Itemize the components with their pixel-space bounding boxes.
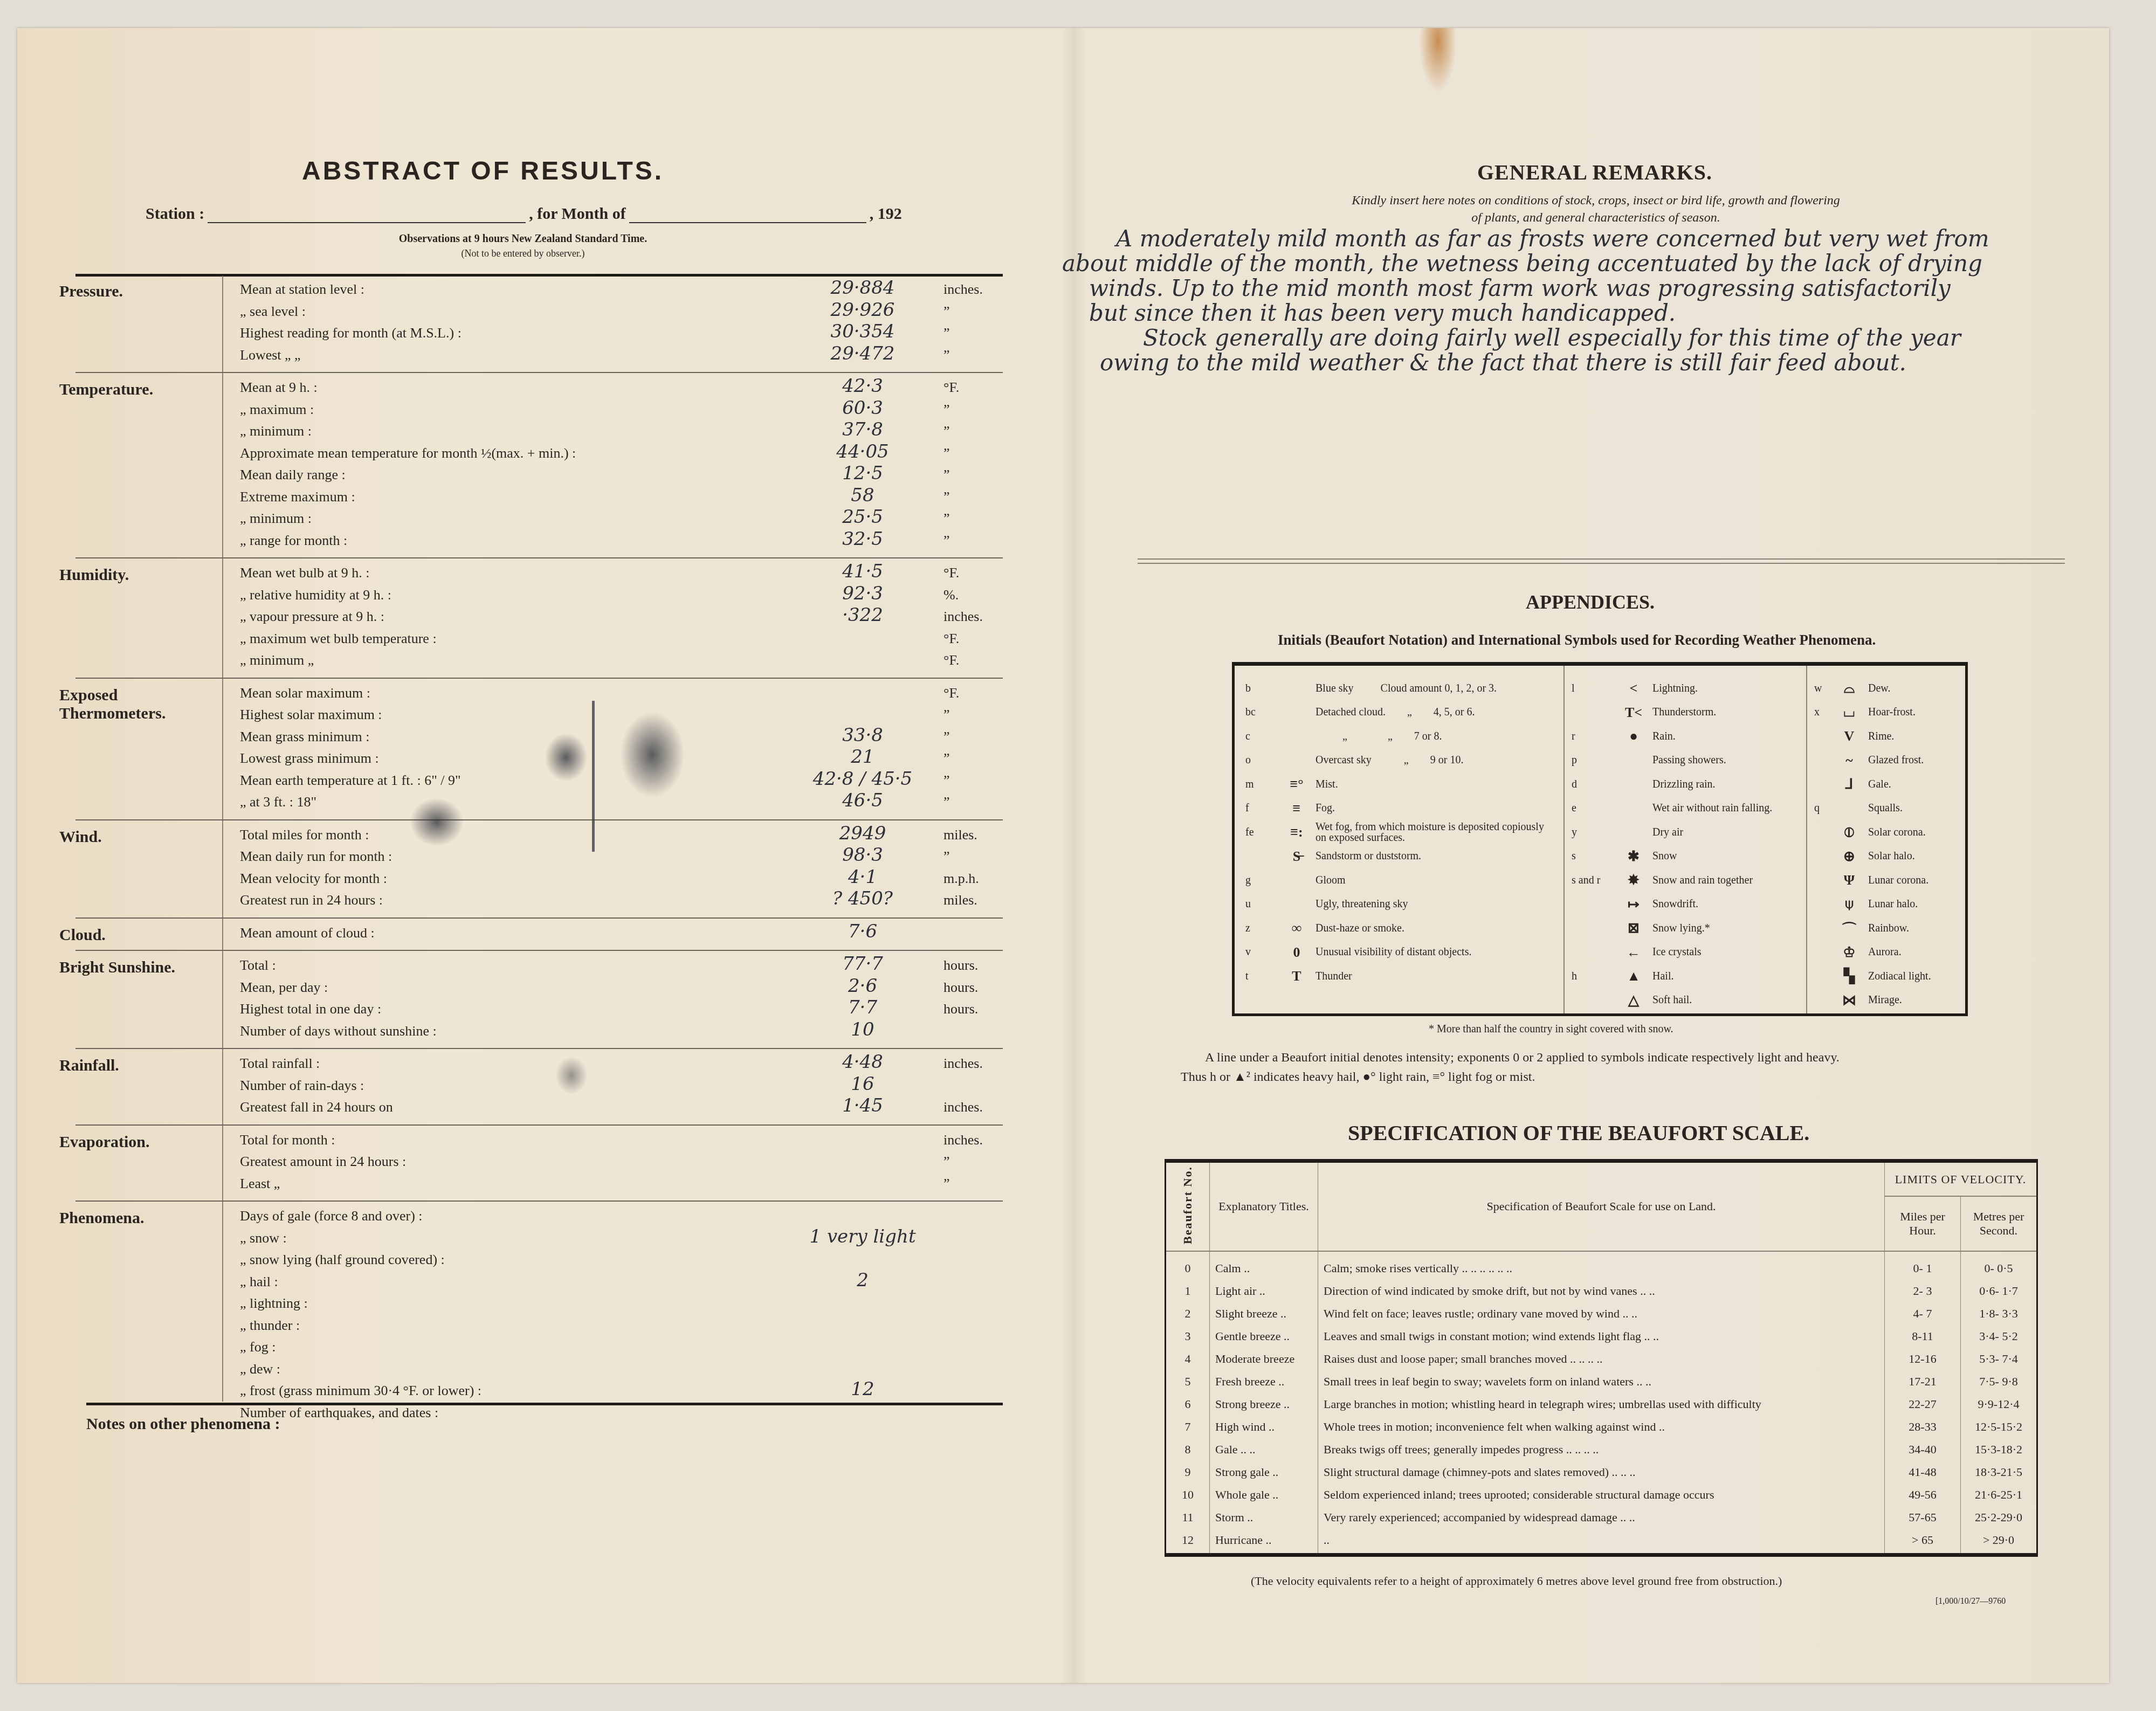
weather-symbol-icon: ≡° (1278, 776, 1315, 792)
symbol-description: Lightning. (1652, 682, 1698, 695)
weather-symbol-icon: T< (1615, 705, 1652, 721)
symbol-description: Lunar halo. (1868, 898, 1918, 910)
beaufort-initial: x (1814, 706, 1830, 719)
beaufort-cell-mph: 28-33 (1885, 1417, 1961, 1440)
beaufort-cell-title: Calm .. (1210, 1251, 1318, 1281)
beaufort-initial: w (1814, 682, 1830, 695)
section-divider (75, 372, 1003, 373)
beaufort-initial: p (1572, 754, 1615, 767)
beaufort-cell-number: 0 (1166, 1251, 1210, 1281)
row-label: „ fog : (240, 1339, 275, 1355)
row-value[interactable]: 92·3 (787, 583, 938, 604)
section-divider (75, 819, 1003, 820)
row-label: „ lightning : (240, 1295, 308, 1312)
symbol-row: ⋈Mirage. (1814, 989, 1960, 1013)
beaufort-cell-mps: 15·3-18·2 (1961, 1440, 2037, 1462)
beaufort-cell-mps: 25·2-29·0 (1961, 1508, 2037, 1530)
symbol-row: z∞Dust-haze or smoke. (1245, 916, 1558, 941)
beaufort-row: 1Light air ..Direction of wind indicated… (1166, 1281, 2037, 1304)
row-label: Mean amount of cloud : (240, 925, 375, 941)
beaufort-cell-number: 6 (1166, 1395, 1210, 1417)
row-value[interactable]: 29·926 (787, 299, 938, 321)
row-value[interactable]: 41·5 (787, 561, 938, 582)
symbol-description: Dust-haze or smoke. (1315, 922, 1404, 935)
row-unit: ” (943, 303, 950, 320)
section-column-divider (222, 276, 223, 1402)
row-label: „ minimum „ (240, 652, 314, 668)
symbol-description: Passing showers. (1652, 754, 1726, 767)
symbol-row: S̶Sandstorm or duststorm. (1245, 845, 1558, 869)
row-label: „ thunder : (240, 1317, 300, 1334)
row-value[interactable]: 4·1 (787, 866, 938, 888)
row-value[interactable]: 12·5 (787, 463, 938, 484)
row-label: Lowest „ „ (240, 347, 301, 363)
symbol-row: ΨLunar corona. (1814, 868, 1960, 893)
row-value[interactable]: 46·5 (787, 790, 938, 811)
symbol-row: oOvercast sky „ 9 or 10. (1245, 749, 1558, 773)
general-remarks-title: GENERAL REMARKS. (1477, 160, 1712, 185)
header-spec: Specification of Beaufort Scale for use … (1318, 1161, 1885, 1251)
row-value[interactable]: 1·45 (787, 1095, 938, 1116)
row-unit: ” (943, 772, 950, 789)
remark-line: winds. Up to the mid month most farm wor… (1057, 276, 2092, 301)
beaufort-cell-spec: Calm; smoke rises vertically .. .. .. ..… (1318, 1251, 1885, 1281)
symbol-description: Wet fog, from which moisture is deposite… (1315, 822, 1553, 843)
row-value[interactable]: 37·8 (787, 419, 938, 440)
beaufort-initial: e (1572, 802, 1615, 815)
symbol-description: Gale. (1868, 778, 1891, 791)
section-label: Exposed Thermometers. (59, 686, 210, 723)
symbol-row: m≡°Mist. (1245, 772, 1558, 797)
symbol-row: ⍦Lunar halo. (1814, 893, 1960, 917)
weather-symbol-icon: ~ (1830, 753, 1868, 769)
symbol-description: Snow and rain together (1652, 874, 1753, 887)
beaufort-cell-number: 8 (1166, 1440, 1210, 1462)
beaufort-cell-spec: Whole trees in motion; inconvenience fel… (1318, 1417, 1885, 1440)
section-divider (75, 1048, 1003, 1049)
row-unit: °F. (943, 685, 959, 701)
row-value[interactable]: 25·5 (787, 506, 938, 528)
beaufort-cell-mph: 0- 1 (1885, 1251, 1961, 1281)
row-value[interactable]: 30·354 (787, 321, 938, 342)
symbol-description: Ice crystals (1652, 946, 1702, 958)
row-label: Greatest run in 24 hours : (240, 892, 383, 908)
beaufort-initial: z (1245, 922, 1278, 935)
row-unit: ” (943, 467, 950, 483)
beaufort-cell-number: 9 (1166, 1462, 1210, 1485)
section-label: Temperature. (59, 381, 210, 399)
symbol-description: Solar halo. (1868, 850, 1915, 863)
weather-symbol-icon: ⋈ (1830, 992, 1868, 1009)
beaufort-cell-number: 2 (1166, 1304, 1210, 1327)
row-value[interactable]: 2·6 (787, 975, 938, 997)
intensity-note: A line under a Beaufort initial denotes … (1181, 1048, 2043, 1087)
row-label: „ sea level : (240, 303, 306, 320)
beaufort-cell-title: Moderate breeze (1210, 1349, 1318, 1372)
month-field[interactable] (629, 207, 866, 223)
row-unit: inches. (943, 1055, 983, 1072)
beaufort-cell-spec: Leaves and small twigs in constant motio… (1318, 1327, 1885, 1349)
row-label: Greatest fall in 24 hours on (240, 1099, 393, 1115)
row-value[interactable]: 29·884 (787, 277, 938, 299)
symbol-description: Squalls. (1868, 802, 1903, 815)
remark-line: about middle of the month, the wetness b… (1057, 251, 2092, 276)
symbol-row: pPassing showers. (1572, 749, 1803, 773)
weather-symbol-icon: ● (1615, 728, 1652, 744)
row-value[interactable]: 29·472 (787, 343, 938, 364)
observations-note: Observations at 9 hours New Zealand Stan… (0, 233, 1046, 245)
weather-symbol-icon: S̶ (1278, 848, 1315, 865)
row-unit: miles. (943, 892, 977, 908)
beaufort-initial: g (1245, 874, 1278, 887)
beaufort-row: 3Gentle breeze ..Leaves and small twigs … (1166, 1327, 2037, 1349)
beaufort-cell-number: 3 (1166, 1327, 1210, 1349)
beaufort-initial: r (1572, 730, 1615, 743)
row-label: Mean solar maximum : (240, 685, 370, 701)
beaufort-initial: u (1245, 898, 1278, 910)
row-unit: ” (943, 445, 950, 461)
beaufort-cell-number: 10 (1166, 1485, 1210, 1508)
symbol-description: Mirage. (1868, 994, 1902, 1006)
symbol-row: ⌒Rainbow. (1814, 916, 1960, 941)
beaufort-row: 2Slight breeze ..Wind felt on face; leav… (1166, 1304, 2037, 1327)
beaufort-cell-mph: 57-65 (1885, 1508, 1961, 1530)
symbol-description: Hoar-frost. (1868, 706, 1916, 719)
section-divider (75, 1124, 1003, 1126)
intensity-note-line-1: A line under a Beaufort initial denotes … (1181, 1048, 2043, 1067)
symbol-description: Thunder (1315, 970, 1352, 983)
row-unit: °F. (943, 652, 959, 668)
section-label: Humidity. (59, 566, 210, 584)
row-unit: °F. (943, 565, 959, 581)
weather-symbol-icon: ⦶ (1830, 824, 1868, 841)
weather-symbol-icon: ⊕ (1830, 848, 1868, 865)
weather-symbol-icon: △ (1615, 992, 1652, 1009)
beaufort-cell-spec: Raises dust and loose paper; small branc… (1318, 1349, 1885, 1372)
remark-line: A moderately mild month as far as frosts… (1057, 226, 2092, 251)
row-value[interactable]: 4·48 (787, 1051, 938, 1073)
section-divider (75, 557, 1003, 558)
row-label: Total : (240, 957, 276, 974)
row-value[interactable]: 98·3 (787, 844, 938, 866)
beaufort-cell-mps: 0- 0·5 (1961, 1251, 2037, 1281)
beaufort-cell-mps: 3·4- 5·2 (1961, 1327, 2037, 1349)
beaufort-cell-number: 4 (1166, 1349, 1210, 1372)
symbol-description: Dew. (1868, 682, 1890, 695)
beaufort-cell-mps: 1·8- 3·3 (1961, 1304, 2037, 1327)
symbol-description: Fog. (1315, 802, 1335, 815)
beaufort-cell-number: 1 (1166, 1281, 1210, 1304)
beaufort-cell-number: 5 (1166, 1372, 1210, 1395)
section-divider (75, 678, 1003, 679)
beaufort-cell-spec: Wind felt on face; leaves rustle; ordina… (1318, 1304, 1885, 1327)
beaufort-cell-mph: 41-48 (1885, 1462, 1961, 1485)
symbol-description: Mist. (1315, 778, 1338, 791)
row-label: Mean at 9 h. : (240, 380, 318, 396)
symbol-description: Hail. (1652, 970, 1673, 983)
instructions-line-1: Kindly insert here notes on conditions o… (1251, 192, 1941, 209)
appendices-title: APPENDICES. (1526, 591, 1655, 613)
beaufort-initial: y (1572, 826, 1615, 839)
symbol-description: Rain. (1652, 730, 1676, 743)
row-value[interactable]: ·322 (787, 604, 938, 626)
symbol-description: Soft hail. (1652, 994, 1692, 1006)
row-value[interactable]: 32·5 (787, 528, 938, 550)
beaufort-row: 7High wind ..Whole trees in motion; inco… (1166, 1417, 2037, 1440)
beaufort-cell-mph: 17-21 (1885, 1372, 1961, 1395)
row-value[interactable]: ? 450? (787, 888, 938, 909)
beaufort-cell-spec: Breaks twigs off trees; generally impede… (1318, 1440, 1885, 1462)
row-label: Mean daily range : (240, 467, 346, 483)
beaufort-row: 11Storm ..Very rarely experienced; accom… (1166, 1508, 2037, 1530)
symbol-description: Lunar corona. (1868, 874, 1928, 887)
weather-symbol-icon: ⅃ (1830, 776, 1868, 792)
row-unit: ” (943, 1176, 950, 1192)
row-value[interactable]: 12 (787, 1378, 938, 1400)
weather-symbol-icon: < (1615, 680, 1652, 696)
beaufort-initial: fe (1245, 826, 1278, 839)
beaufort-row: 4Moderate breezeRaises dust and loose pa… (1166, 1349, 2037, 1372)
beaufort-initial: l (1572, 682, 1615, 695)
symbol-row: △Soft hail. (1572, 989, 1803, 1013)
weather-symbol-icon: ∞ (1278, 920, 1315, 936)
table-bottom-rule (86, 1403, 1003, 1405)
beaufort-cell-mph: 2- 3 (1885, 1281, 1961, 1304)
year-prefix: , 192 (870, 205, 902, 223)
beaufort-cell-spec: Small trees in leaf begin to sway; wavel… (1318, 1372, 1885, 1395)
weather-symbol-icon: ↦ (1615, 896, 1652, 913)
row-label: Mean velocity for month : (240, 871, 387, 887)
handwritten-remarks[interactable]: A moderately mild month as far as frosts… (1057, 226, 2092, 375)
beaufort-initial: q (1814, 802, 1830, 815)
station-field[interactable] (208, 207, 526, 223)
general-remarks-instructions: Kindly insert here notes on conditions o… (1251, 192, 1941, 226)
symbol-description: Rainbow. (1868, 922, 1909, 935)
beaufort-initial: t (1245, 970, 1278, 983)
symbol-row: ⅃Gale. (1814, 772, 1960, 797)
row-label: „ range for month : (240, 533, 347, 549)
row-label: Total miles for month : (240, 827, 369, 843)
symbols-column-3: w⌓Dew.x⌴Hoar-frost.VRime.~Glazed frost.⅃… (1814, 677, 1960, 1012)
row-label: Least „ (240, 1176, 280, 1192)
weather-symbol-icon: ⊠ (1615, 920, 1652, 936)
row-label: Total rainfall : (240, 1055, 320, 1072)
station-line: Station : , for Month of , 192 (146, 205, 943, 223)
beaufort-cell-spec: Slight structural damage (chimney-pots a… (1318, 1462, 1885, 1485)
symbol-row: qSqualls. (1814, 797, 1960, 821)
observations-subnote: (Not to be entered by observer.) (0, 248, 1046, 259)
weather-symbol-icon: ≡: (1278, 824, 1315, 840)
beaufort-cell-spec: Large branches in motion; whistling hear… (1318, 1395, 1885, 1417)
table-top-rule (75, 274, 1003, 277)
symbol-description: Dry air (1652, 826, 1683, 839)
row-label: Mean daily run for month : (240, 848, 392, 865)
row-value[interactable]: 44·05 (787, 441, 938, 463)
beaufort-initial: bc (1245, 706, 1278, 719)
symbol-row: v0Unusual visibility of distant objects. (1245, 941, 1558, 965)
symbol-row: gGloom (1245, 868, 1558, 893)
weather-symbol-icon: ← (1615, 944, 1652, 961)
symbol-row: ▚Zodiacal light. (1814, 964, 1960, 989)
row-unit: °F. (943, 631, 959, 647)
row-value[interactable]: 16 (787, 1073, 938, 1095)
symbol-row: yDry air (1572, 820, 1803, 845)
beaufort-cell-number: 12 (1166, 1530, 1210, 1555)
row-value[interactable]: 2 (787, 1270, 938, 1291)
beaufort-row: 12Hurricane ....> 65> 29·0 (1166, 1530, 2037, 1555)
ink-blot (410, 798, 464, 846)
row-value[interactable]: 58 (787, 485, 938, 506)
weather-symbol-icon: V (1830, 728, 1868, 744)
row-unit: ” (943, 423, 950, 439)
beaufort-initial: f (1245, 802, 1278, 815)
beaufort-cell-title: Storm .. (1210, 1508, 1318, 1530)
symbol-row: bBlue sky Cloud amount 0, 1, 2, or 3. (1245, 677, 1558, 701)
symbols-column-1: bBlue sky Cloud amount 0, 1, 2, or 3.bcD… (1245, 677, 1558, 989)
symbol-row: ~Glazed frost. (1814, 749, 1960, 773)
weather-symbol-icon: ▲ (1615, 968, 1652, 984)
row-unit: ” (943, 1154, 950, 1170)
symbol-description: Gloom (1315, 874, 1346, 887)
remark-line: but since then it has been very much han… (1057, 301, 2092, 326)
beaufort-cell-mps: > 29·0 (1961, 1530, 2037, 1555)
row-value[interactable]: 42·3 (787, 375, 938, 397)
weather-symbol-icon: ✱ (1615, 848, 1652, 865)
row-label: Total for month : (240, 1132, 335, 1148)
symbol-row: fe≡:Wet fog, from which moisture is depo… (1245, 820, 1558, 845)
beaufort-cell-mph: 8-11 (1885, 1327, 1961, 1349)
print-code: [1,000/10/27—9760 (1935, 1597, 2006, 1606)
beaufort-initial: h (1572, 970, 1615, 983)
symbol-row: r●Rain. (1572, 725, 1803, 749)
symbol-description: Aurora. (1868, 946, 1902, 958)
section-label: Cloud. (59, 926, 210, 944)
weather-symbol-icon: ⍦ (1830, 896, 1868, 913)
row-value[interactable]: 1 very light (787, 1226, 938, 1247)
weather-symbol-icon: ⌓ (1830, 680, 1868, 697)
weather-symbol-icon: T (1278, 968, 1315, 984)
symbol-description: Rime. (1868, 730, 1894, 743)
weather-symbol-icon: ⌒ (1830, 919, 1868, 939)
beaufort-cell-mps: 0·6- 1·7 (1961, 1281, 2037, 1304)
row-value[interactable]: 7·7 (787, 997, 938, 1018)
row-label: Lowest grass minimum : (240, 750, 379, 767)
symbol-description: Snow lying.* (1652, 922, 1710, 935)
beaufort-row: 9Strong gale ..Slight structural damage … (1166, 1462, 2037, 1485)
section-label: Pressure. (59, 282, 210, 301)
symbol-description: Blue sky Cloud amount 0, 1, 2, or 3. (1315, 682, 1497, 695)
row-label: Highest solar maximum : (240, 707, 382, 723)
station-label: Station : (146, 205, 204, 223)
row-unit: m.p.h. (943, 871, 979, 887)
row-value[interactable]: 42·8 / 45·5 (787, 768, 938, 790)
header-mph: Miles per Hour. (1885, 1196, 1961, 1251)
beaufort-row: 5Fresh breeze ..Small trees in leaf begi… (1166, 1372, 2037, 1395)
beaufort-initial: v (1245, 946, 1278, 958)
row-label: „ snow lying (half ground covered) : (240, 1252, 445, 1268)
row-label: Highest reading for month (at M.S.L.) : (240, 325, 461, 341)
beaufort-cell-title: Light air .. (1210, 1281, 1318, 1304)
beaufort-cell-mph: > 65 (1885, 1530, 1961, 1555)
beaufort-cell-spec: Very rarely experienced; accompanied by … (1318, 1508, 1885, 1530)
beaufort-cell-title: Slight breeze .. (1210, 1304, 1318, 1327)
section-label: Bright Sunshine. (59, 958, 210, 977)
beaufort-cell-title: Gale .. .. (1210, 1440, 1318, 1462)
row-unit: ” (943, 325, 950, 341)
symbol-description: Wet air without rain falling. (1652, 802, 1772, 815)
beaufort-cell-title: Gentle breeze .. (1210, 1327, 1318, 1349)
row-label: Number of days without sunshine : (240, 1023, 437, 1039)
snow-footnote: * More than half the country in sight co… (1429, 1023, 1673, 1036)
section-divider (75, 950, 1003, 951)
symbol-row: s and r✸Snow and rain together (1572, 868, 1803, 893)
row-label: Approximate mean temperature for month ½… (240, 445, 576, 461)
appendices-subtitle: Initials (Beaufort Notation) and Interna… (1278, 632, 1876, 648)
row-label: Number of rain-days : (240, 1078, 364, 1094)
row-label: „ relative humidity at 9 h. : (240, 587, 391, 603)
symbol-description: Glazed frost. (1868, 754, 1924, 767)
weather-symbol-icon: ♔ (1830, 944, 1868, 961)
symbol-row: ↦Snowdrift. (1572, 893, 1803, 917)
header-mps: Metres per Second. (1961, 1196, 2037, 1251)
row-value[interactable]: 2949 (787, 823, 938, 844)
double-rule-divider (1138, 558, 2065, 564)
section-label: Phenomena. (59, 1209, 210, 1227)
beaufort-row: 6Strong breeze ..Large branches in motio… (1166, 1395, 2037, 1417)
section-label: Evaporation. (59, 1133, 210, 1151)
row-value[interactable]: 7·6 (787, 921, 938, 942)
ink-blot (545, 733, 588, 782)
row-label: „ at 3 ft. : 18" (240, 794, 316, 810)
row-value[interactable]: 33·8 (787, 725, 938, 746)
row-unit: ” (943, 750, 950, 767)
row-label: „ maximum wet bulb temperature : (240, 631, 437, 647)
instructions-line-2: of plants, and general characteristics o… (1251, 209, 1941, 226)
column-divider (1806, 666, 1807, 1013)
beaufort-initial: s and r (1572, 874, 1615, 887)
beaufort-cell-title: High wind .. (1210, 1417, 1318, 1440)
symbol-row: tTThunder (1245, 964, 1558, 989)
row-value[interactable]: 60·3 (787, 397, 938, 419)
symbol-description: Thunderstorm. (1652, 706, 1716, 719)
row-value[interactable]: 10 (787, 1019, 938, 1040)
beaufort-row: 8Gale .. ..Breaks twigs off trees; gener… (1166, 1440, 2037, 1462)
row-unit: inches. (943, 609, 983, 625)
velocity-note: (The velocity equivalents refer to a hei… (1251, 1574, 1782, 1588)
row-value[interactable]: 21 (787, 746, 938, 768)
symbol-row: l<Lightning. (1572, 677, 1803, 701)
beaufort-cell-mps: 9·9-12·4 (1961, 1395, 2037, 1417)
symbol-description: „ „ 7 or 8. (1315, 730, 1442, 743)
weather-symbol-icon: ▚ (1830, 968, 1868, 984)
column-divider (1563, 666, 1565, 1013)
symbol-description: Ugly, threatening sky (1315, 898, 1408, 910)
row-unit: ” (943, 402, 950, 418)
symbol-row: ⦶Solar corona. (1814, 820, 1960, 845)
row-unit: %. (943, 587, 959, 603)
row-unit: ” (943, 848, 950, 865)
weather-symbol-icon: ≡ (1278, 801, 1315, 817)
row-value[interactable]: 77·7 (787, 953, 938, 975)
symbols-column-2: l<Lightning.T<Thunderstorm.r●Rain.pPassi… (1572, 677, 1803, 1012)
weather-symbols-table: bBlue sky Cloud amount 0, 1, 2, or 3.bcD… (1232, 662, 1968, 1016)
row-label: Highest total in one day : (240, 1001, 381, 1017)
ink-blot (620, 712, 685, 798)
weather-symbol-icon: ✸ (1615, 872, 1652, 888)
row-label: Mean at station level : (240, 281, 364, 298)
row-label: „ snow : (240, 1230, 287, 1246)
row-unit: ” (943, 510, 950, 527)
